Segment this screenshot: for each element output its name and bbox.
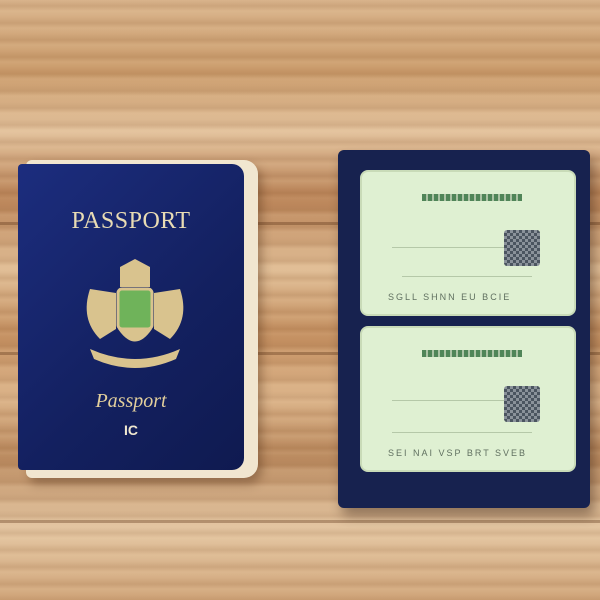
qr-code-icon [504, 386, 540, 422]
closed-passport: PASSPORT Passport IC [18, 160, 258, 478]
passport-script-text: Passport [18, 390, 244, 413]
wood-plank-seam [0, 520, 600, 523]
coat-of-arms-icon [80, 259, 190, 379]
id-card: SGLL SHNN EU BCIE [360, 170, 576, 316]
card-line [402, 276, 532, 277]
card-line [392, 400, 512, 401]
qr-code-icon [504, 230, 540, 266]
passport-cover: PASSPORT Passport IC [18, 164, 244, 470]
card-line [392, 432, 532, 433]
card-header-text [422, 194, 522, 201]
card-footer: SGLL SHNN EU BCIE [388, 292, 511, 302]
id-card: SEI NAI VSP BRT SVEB [360, 326, 576, 472]
card-line [392, 247, 512, 248]
open-passport-holder: SGLL SHNN EU BCIE SEI NAI VSP BRT SVEB [338, 150, 590, 508]
passport-emblem: IC [18, 422, 244, 438]
card-footer: SEI NAI VSP BRT SVEB [388, 448, 527, 458]
passport-title: PASSPORT [18, 208, 244, 235]
card-header-text [422, 350, 522, 357]
